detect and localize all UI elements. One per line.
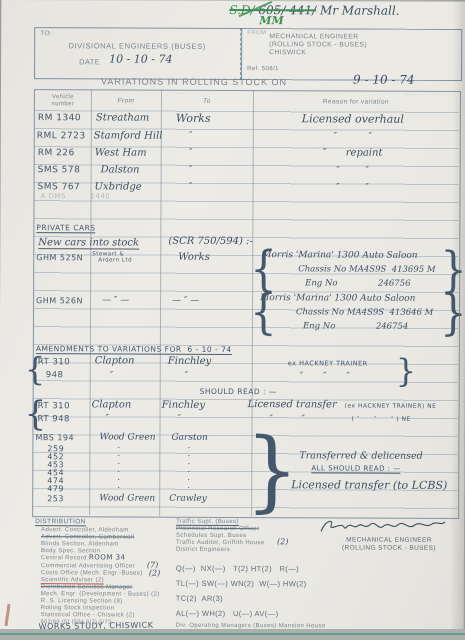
scanned-memo-page: S.D/ 605/ 441/ Mr Marshall. MM TO: DIVIS… — [0, 0, 465, 632]
vehicle-number: RT 310 — [38, 401, 70, 411]
reason-cell-2: ( ″ ″ ″ ) NE — [352, 416, 411, 423]
pencil-note: A DMS 1440 — [41, 192, 111, 200]
header-vehicle-1: Vehicle — [37, 94, 89, 100]
private-cars-heading: PRIVATE CARS — [36, 223, 95, 233]
date-value: 10 - 10 - 74 — [109, 52, 172, 65]
to-cell: Finchley — [168, 356, 211, 367]
vehicle-number: RT 948 — [38, 414, 70, 424]
ref-number: Ref. 508/1 — [247, 66, 279, 72]
to-cell: — ″ — — [172, 296, 199, 306]
sender-line3: CHISWICK — [269, 49, 306, 56]
distribution-item: Rolling Stock Inspection — [41, 605, 115, 611]
distribution-item: District Engineers — [176, 547, 230, 553]
signoff-title-2: (ROLLING STOCK - BUSES) — [321, 544, 457, 552]
to-cell: Finchley — [162, 400, 205, 411]
reason-cell: Licensed overhaul — [253, 112, 453, 126]
paper-top-edge — [1, 0, 465, 2]
private-cars-intro: New cars into stock — [38, 237, 139, 249]
from-label: FROM — [247, 30, 266, 36]
mbs-note-1: Transferred & delicensed — [299, 450, 422, 462]
distribution-heading: DISTRIBUTION — [35, 518, 86, 526]
to-cell: Crawley — [169, 494, 207, 504]
reason-cell: Licensed transfer — [248, 399, 337, 410]
right-brace: } — [245, 426, 299, 514]
from-cell: West Ham — [95, 147, 147, 158]
distribution-item: Traffic Auditor, Griffith House — [176, 540, 265, 546]
reason-cell: ″ ″ — [253, 131, 453, 142]
distribution-item: Commercial Advertising Officer — [41, 563, 135, 569]
count-annotation: (2) — [149, 569, 160, 578]
garage-code-line: TC(2) AR(3) — [176, 594, 223, 603]
from-cell: Clapton — [95, 355, 135, 366]
car-desc-line: Chassis No MA4S9S 413695 M — [298, 264, 435, 275]
header-from: From — [91, 97, 161, 104]
sender-line2: (ROLLING STOCK - BUSES) — [269, 41, 367, 48]
reason-cell: ″ repaint — [253, 147, 453, 159]
to-cell: ″ — [161, 165, 221, 175]
vehicle-number: 948 — [46, 370, 64, 380]
from-cell: Clapton — [92, 399, 132, 410]
distribution-item: Costs Office (Mech. Engr.-Buses) — [41, 570, 143, 576]
vehicle-number: RT 310 — [38, 357, 70, 367]
date-label: DATE — [79, 57, 100, 66]
to-cell: ″ — [161, 148, 221, 158]
car-desc-line: Eng No 246754 — [303, 321, 408, 331]
from-cell: Uxbridge — [95, 181, 142, 192]
from-cell: Streatham — [96, 112, 149, 123]
garage-code-line: AL(—) WH(2) U(—) AV(—) — [176, 609, 279, 618]
recipient: DIVISIONAL ENGINEERS (BUSES) — [41, 41, 233, 51]
to-cell: ″ — [178, 414, 181, 424]
reason-cell: ″ ″ ″ — [300, 371, 350, 381]
sender-line1: MECHANICAL ENGINEER — [269, 33, 358, 40]
to-label: TO: — [40, 30, 52, 37]
reason-cell: ex HACKNEY TRAINER — [288, 359, 368, 367]
header-reason: Reason for variation — [253, 98, 459, 106]
car-desc-line: Eng No 246756 — [305, 278, 410, 288]
vehicle-number: GHM 526N — [36, 296, 83, 305]
from-cell: Wood Green — [99, 493, 155, 503]
routing-name: Mr Marshall. — [316, 3, 399, 17]
from-cell: Wood Green — [99, 432, 155, 442]
header-to: To — [161, 98, 253, 105]
car-desc-line: Morris 'Marina' 1300 Auto Saloon — [260, 293, 415, 304]
distribution-item: R. S. Licensing Section (8) — [41, 598, 123, 604]
vehicle-number: MBS 194 — [35, 433, 74, 442]
distribution-item: Statistical Office - Chiswick (2) — [41, 612, 135, 618]
to-cell: ″ — [161, 131, 221, 141]
header-vehicle-2: number — [37, 101, 89, 107]
vehicle-number: RM 226 — [38, 148, 75, 158]
vehicle-number: GHM 525N — [36, 253, 83, 262]
reason-cell: ″ ″ — [253, 165, 453, 176]
vehicle-number: 479 — [47, 484, 64, 493]
private-cars-ref: (SCR 750/594) :- — [168, 236, 253, 247]
vehicle-number: RML 2723 — [37, 131, 86, 141]
green-initials: MM — [259, 14, 283, 27]
room-annotation: ROOM 34 — [89, 553, 126, 561]
should-read-label: SHOULD READ : — — [200, 387, 277, 396]
from-cell: ″ — [110, 370, 113, 380]
distribution-item: Advert. Controller, Aldenham — [41, 527, 129, 533]
reason-cell: ″ ″ — [253, 182, 453, 193]
distribution-item: Schedules Supt. Buses — [176, 533, 246, 539]
to-cell: Works — [176, 112, 211, 125]
mbs-note-3: Licensed transfer (to LCBS) — [291, 478, 447, 492]
to-cell: Garston — [171, 433, 207, 443]
garage-code-line: Q(—) NX(—) T(2) HT(2) R(—) — [176, 564, 299, 574]
routing-seg3: 441/ — [285, 3, 316, 17]
garage-code-line: TL(—) SW(—) WN(2) W(—) HW(2) — [176, 579, 307, 589]
signoff-title-1: MECHANICAL ENGINEER — [321, 536, 457, 544]
distribution-item: Blinds Section, Aldenham — [41, 541, 119, 547]
scan-artifact-line — [0, 633, 465, 635]
scan-right-shadow — [450, 1, 465, 632]
from-cell: ″ — [106, 413, 109, 423]
count-annotation: (2) — [277, 537, 288, 546]
reason-cell-2: (ex HACKNEY TRAINER) NE — [345, 402, 437, 409]
title-date: 9 - 10 - 74 — [353, 73, 415, 87]
to-cell: ″ — [185, 371, 188, 381]
car-desc-line: Chassis No MA4S9S 413646 M — [296, 307, 433, 318]
mbs-note-2: ALL SHOULD READ : — — [311, 464, 400, 473]
from-cell: — ″ — — [102, 295, 129, 305]
to-cell: · — [187, 484, 190, 494]
distribution-item-struck: Advert. Controller, Camberwell — [41, 534, 134, 540]
distribution-item: Central Record — [41, 555, 87, 561]
vehicle-number: 253 — [47, 494, 64, 503]
from-cell: · — [117, 483, 120, 493]
distribution-item-struck: Provincial Research Officer — [176, 526, 259, 532]
page-title: VARIATIONS IN ROLLING STOCK ON — [101, 76, 287, 87]
from-cell-line2: Ardern Ltd — [98, 257, 132, 263]
distribution-item: Mech. Engr. (Development - Buses) (2) — [41, 591, 160, 598]
vehicle-number: SMS 578 — [38, 165, 81, 175]
to-cell: ″ — [161, 182, 221, 192]
right-brace: } — [396, 355, 416, 387]
amendments-heading: AMENDMENTS TO VARIATIONS FOR 6 - 10 - 74 — [36, 344, 232, 355]
from-cell: Stamford Hill — [94, 130, 163, 141]
vehicle-number: RM 1340 — [38, 113, 81, 123]
to-cell: Works — [178, 252, 210, 263]
car-desc-line: Morris 'Marina' 1300 Auto Saloon — [262, 250, 417, 261]
vehicle-number: SMS 767 — [38, 182, 81, 192]
distribution-item-struck: Distribution Services Manager — [41, 584, 133, 590]
from-cell: Dalston — [101, 164, 140, 175]
